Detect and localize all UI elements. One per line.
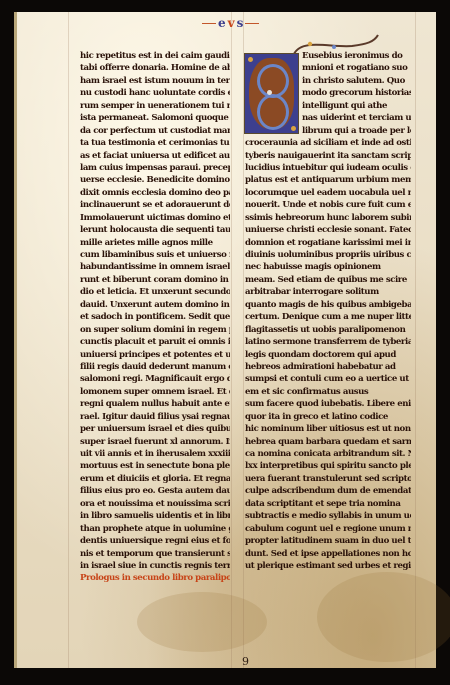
text-line: subtractis e medio syllabis in unum uo	[245, 510, 411, 522]
text-line: lerunt holocausta die sequenti tauros	[80, 224, 230, 236]
text-line: uniuersi principes et potentes et uniuer…	[80, 349, 230, 361]
text-line: culpe adscribendum dum de emendatis inem…	[245, 485, 411, 497]
text-line: legis quondam doctorem qui apud	[245, 349, 411, 361]
text-line: tabi offerre donaria. Homine de abra	[80, 62, 230, 74]
text-line: as et faciat uniuersa ut edificet au	[80, 150, 230, 162]
text-line: mnioni et rogatiano suo	[245, 62, 411, 74]
text-line: dixit omnis ecclesia domino deo patrum s…	[80, 187, 230, 199]
text-line: dauid. Unxerunt autem domino in principe…	[80, 299, 230, 311]
text-line: arbitrabar interrogare solitum	[245, 286, 411, 298]
ruling-line	[415, 12, 416, 668]
text-line: than prophete atque in uolumine gad ui	[80, 523, 230, 535]
text-line: lam cuius impensas paraui. precepit aute…	[80, 162, 230, 174]
text-line: hebreos admirationi habebatur ad	[245, 361, 411, 373]
text-line: nas uiderint et terciam uirgilii	[245, 112, 411, 124]
text-line: ista permaneat. Salomoni quoque filio me…	[80, 112, 230, 124]
flourish-right	[245, 23, 259, 24]
running-head-letter: e	[218, 17, 226, 29]
text-line: in libro samuelis uidentis et in libro n…	[80, 510, 230, 522]
running-head-letter: s	[237, 17, 244, 29]
text-line: filii regis dauid dederunt manum et subi…	[80, 361, 230, 373]
text-line: Immolauerunt uictimas domino et obtu	[80, 212, 230, 224]
text-line: uerse ecclesie. Benedicite domino deo no…	[80, 174, 230, 186]
text-line: latino sermone transferrem de tyberiade	[245, 336, 411, 348]
running-head: e v s	[202, 16, 259, 30]
text-line: hic nominum liber uitiosus est ut non ta…	[245, 423, 411, 435]
text-line: runt et biberunt coram domino in die ill…	[80, 274, 230, 286]
text-line: et sadoch in pontificem. Sedit que salom	[80, 311, 230, 323]
text-line: ora et nouissima et nouissima scripta su…	[80, 498, 230, 510]
text-line: lucidius intuebitur qui iudeam oculis co…	[245, 162, 411, 174]
text-line: quor ita in greco et latino codice	[245, 411, 411, 423]
text-line: erum et diuiciis et gloria. Et regnauit …	[80, 473, 230, 485]
text-line: habundantissime in omnem israel. Et come…	[80, 261, 230, 273]
text-line: ham israel est istum nouum in terr	[80, 75, 230, 87]
text-line: certum. Denique cum a me nuper litteris	[245, 311, 411, 323]
text-line: per uniuersum israel et dies quibus regn…	[80, 423, 230, 435]
text-line: Eusebius ieronimus do	[245, 50, 411, 62]
text-line: dentis uniuersique regni eius et fortitu…	[80, 535, 230, 547]
text-line: lomonem super omnem israel. Et dedit ill…	[80, 386, 230, 398]
text-line: data scriptitant et sepe tria nomina	[245, 498, 411, 510]
text-line: in christo salutem. Quo	[245, 75, 411, 87]
text-line: inclinauerunt se et adorauerunt deum dei…	[80, 199, 230, 211]
text-line: nec habuisse magis opinionem	[245, 261, 411, 273]
text-line: sum facere quod iubebatis. Libere enim u…	[245, 398, 411, 410]
text-line: regni qualem nullus habuit ante eum rex …	[80, 398, 230, 410]
text-line: uniuerse christi ecclesie sonant. Fateor…	[245, 224, 411, 236]
text-line: uera fuerant transtulerunt sed scriptori…	[245, 473, 411, 485]
text-line: diuinis uoluminibus propriis uiribus cre…	[245, 249, 411, 261]
text-line: on super solium domini in regem pro daui…	[80, 324, 230, 336]
text-line: cum libaminibus suis et uniuerso ritu	[80, 249, 230, 261]
text-line: quanto magis de his quibus ambigebam	[245, 299, 411, 311]
text-line: lxx interpretibus qui spiritu sancto ple…	[245, 460, 411, 472]
text-line: super israel fuerunt xl annorum. In hebr…	[80, 436, 230, 448]
text-line: em et sic confirmatus ausus	[245, 386, 411, 398]
text-line: dunt. Sed et ipse appellationes non homi…	[245, 548, 411, 560]
text-line: uit vii annis et in iherusalem xxxiii. E…	[80, 448, 230, 460]
left-column-text: hic repetitus est in dei caim gaudiotabi…	[80, 50, 230, 585]
text-line: propter latitudinem suam in duo uel tria…	[245, 535, 411, 547]
text-line: modo grecorum historias magis	[245, 87, 411, 99]
text-line: platus est et antiquarum urbium memorias	[245, 174, 411, 186]
text-line: nu custodi hanc uoluntate cordis eo	[80, 87, 230, 99]
text-line: ut plerique estimant sed urbes et region…	[245, 560, 411, 572]
ruling-line	[231, 12, 232, 668]
water-stain	[317, 572, 450, 662]
text-line: ca nomina conicata arbitrandum sit. Nec …	[245, 448, 411, 460]
text-line: dio et leticia. Et unxerunt secundo salo…	[80, 286, 230, 298]
right-column-text: Eusebius ieronimus domnioni et rogatiano…	[245, 50, 411, 572]
running-head-letter: v	[228, 17, 235, 29]
water-stain	[137, 592, 267, 652]
text-line: rael. Igitur dauid filius ysai regnauit …	[80, 411, 230, 423]
text-line: filius eius pro eo. Gesta autem dauid re…	[80, 485, 230, 497]
text-line: locorumque uel eadem uocabula uel mutata…	[245, 187, 411, 199]
text-line: nis et temporum que transierunt sub eo s…	[80, 548, 230, 560]
text-line: flagitassetis ut uobis paralipomenon	[245, 324, 411, 336]
text-line: meam. Sed etiam de quibus me scire	[245, 274, 411, 286]
text-line: croceraunia ad siciliam et inde ad ostia	[245, 137, 411, 149]
text-line: cabulum cogunt uel e regione unum nomen	[245, 523, 411, 535]
text-line: cunctis placuit et paruit ei omnis israe…	[80, 336, 230, 348]
text-line: mortuus est in senectute bona plenus di	[80, 460, 230, 472]
text-line: in israel siue in cunctis regnis terraru…	[80, 560, 230, 572]
text-line: nouerit. Unde et nobis cure fuit cum eru…	[245, 199, 411, 211]
text-line: ssimis hebreorum hunc laborem subire ut …	[245, 212, 411, 224]
text-line: intelligunt qui athe	[245, 100, 411, 112]
text-line: ta tua testimonia et cerimonias tu	[80, 137, 230, 149]
text-line: tyberis nauigauerint ita sanctam scriptu…	[245, 150, 411, 162]
text-line: salomoni regi. Magnificauit ergo dominus…	[80, 373, 230, 385]
text-line: hic repetitus est in dei caim gaudio	[80, 50, 230, 62]
text-line: mille arietes mille agnos mille	[80, 237, 230, 249]
folio-number: 9	[242, 655, 249, 668]
text-line: rum semper in uenerationem tui mens	[80, 100, 230, 112]
text-line: hebrea quam barbara quedam et sarmati	[245, 436, 411, 448]
flourish-left	[202, 23, 216, 24]
text-line: da cor perfectum ut custodiat manda	[80, 125, 230, 137]
ruling-line	[68, 12, 69, 668]
text-line: sumpsi et contuli cum eo a uertice ut ai…	[245, 373, 411, 385]
rubric-heading: Prologus in secundo libro paralipomenon	[80, 572, 230, 584]
text-line: domnion et rogatiane karissimi mei in	[245, 237, 411, 249]
text-line: librum qui a troade per leucaten et a	[245, 125, 411, 137]
